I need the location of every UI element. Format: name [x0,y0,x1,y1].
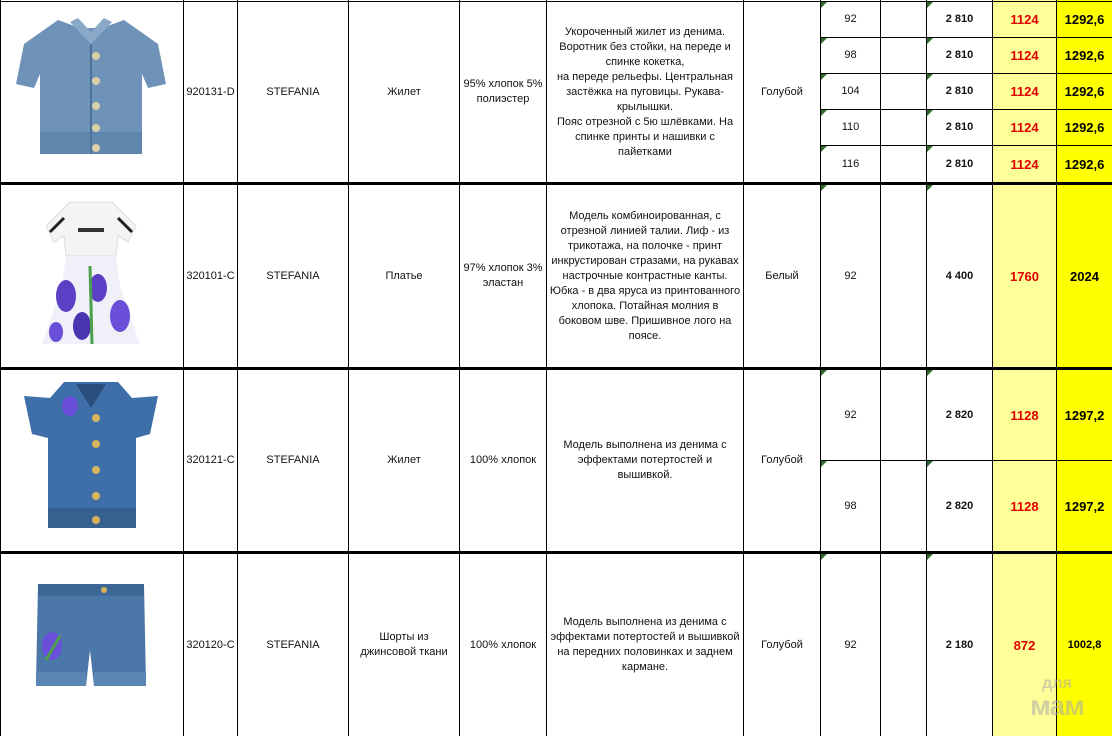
composition-cell: 97% хлопок 3% эластан [460,185,546,367]
retail-price-cell: 2 820 [927,370,992,460]
brand-cell: STEFANIA [238,185,348,367]
description-cell: Модель выполнена из денима с эффектами п… [547,554,743,736]
discount-price-cell: 1124 [993,146,1056,182]
retail-price-cell: 2 810 [927,38,992,73]
discount-price-cell: 1128 [993,370,1056,460]
final-price-cell: 1292,6 [1057,146,1112,182]
product-name-cell: Шорты из джинсовой ткани [349,554,459,736]
brand-cell: STEFANIA [238,2,348,182]
final-price-cell: 1297,2 [1057,461,1112,551]
color-cell: Белый [744,185,820,367]
final-price-cell: 1292,6 [1057,74,1112,109]
final-price-cell: 1297,2 [1057,370,1112,460]
retail-price-cell: 2 180 [927,554,992,736]
retail-price-cell: 2 810 [927,2,992,37]
description-cell: Модель выполнена из денима с эффектами п… [547,370,743,551]
retail-price-cell: 4 400 [927,185,992,367]
retail-price-cell: 2 810 [927,110,992,145]
size-cell: 92 [821,370,880,460]
size-cell: 92 [821,2,880,37]
description-cell: Укороченный жилет из денима. Воротник бе… [547,2,743,182]
composition-cell: 95% хлопок 5% полиэстер [460,2,546,182]
ruffle-denim-vest-image [20,378,162,534]
white-dress-floral-skirt-image [36,196,146,356]
composition-cell: 100% хлопок [460,554,546,736]
size-cell: 92 [821,185,880,367]
final-price-cell: 1292,6 [1057,2,1112,37]
watermark-logo: для мам [1012,676,1102,720]
size-cell: 92 [821,554,880,736]
final-price-cell: 2024 [1057,185,1112,367]
price-spreadsheet: 920131-D STEFANIA Жилет 95% хлопок 5% по… [0,0,1112,736]
final-price-cell: 1292,6 [1057,38,1112,73]
brand-cell: STEFANIA [238,370,348,551]
description-cell: Модель комбиноированная, с отрезной лини… [547,185,743,367]
watermark-line2: мам [1012,692,1102,720]
size-cell: 98 [821,38,880,73]
article-cell: 320121-C [184,370,237,551]
article-cell: 320101-C [184,185,237,367]
denim-shorts-image [32,580,150,700]
size-cell: 110 [821,110,880,145]
color-cell: Голубой [744,554,820,736]
discount-price-cell: 1760 [993,185,1056,367]
color-cell: Голубой [744,370,820,551]
article-cell: 920131-D [184,2,237,182]
discount-price-cell: 1124 [993,2,1056,37]
size-cell: 116 [821,146,880,182]
size-cell: 98 [821,461,880,551]
color-cell: Голубой [744,2,820,182]
cropped-denim-vest-image [8,14,174,162]
retail-price-cell: 2 820 [927,461,992,551]
discount-price-cell: 1124 [993,110,1056,145]
composition-cell: 100% хлопок [460,370,546,551]
brand-cell: STEFANIA [238,554,348,736]
discount-price-cell: 1124 [993,74,1056,109]
product-name-cell: Платье [349,185,459,367]
discount-price-cell: 1128 [993,461,1056,551]
retail-price-cell: 2 810 [927,146,992,182]
product-name-cell: Жилет [349,2,459,182]
size-cell: 104 [821,74,880,109]
retail-price-cell: 2 810 [927,74,992,109]
discount-price-cell: 1124 [993,38,1056,73]
final-price-cell: 1292,6 [1057,110,1112,145]
product-name-cell: Жилет [349,370,459,551]
article-cell: 320120-C [184,554,237,736]
